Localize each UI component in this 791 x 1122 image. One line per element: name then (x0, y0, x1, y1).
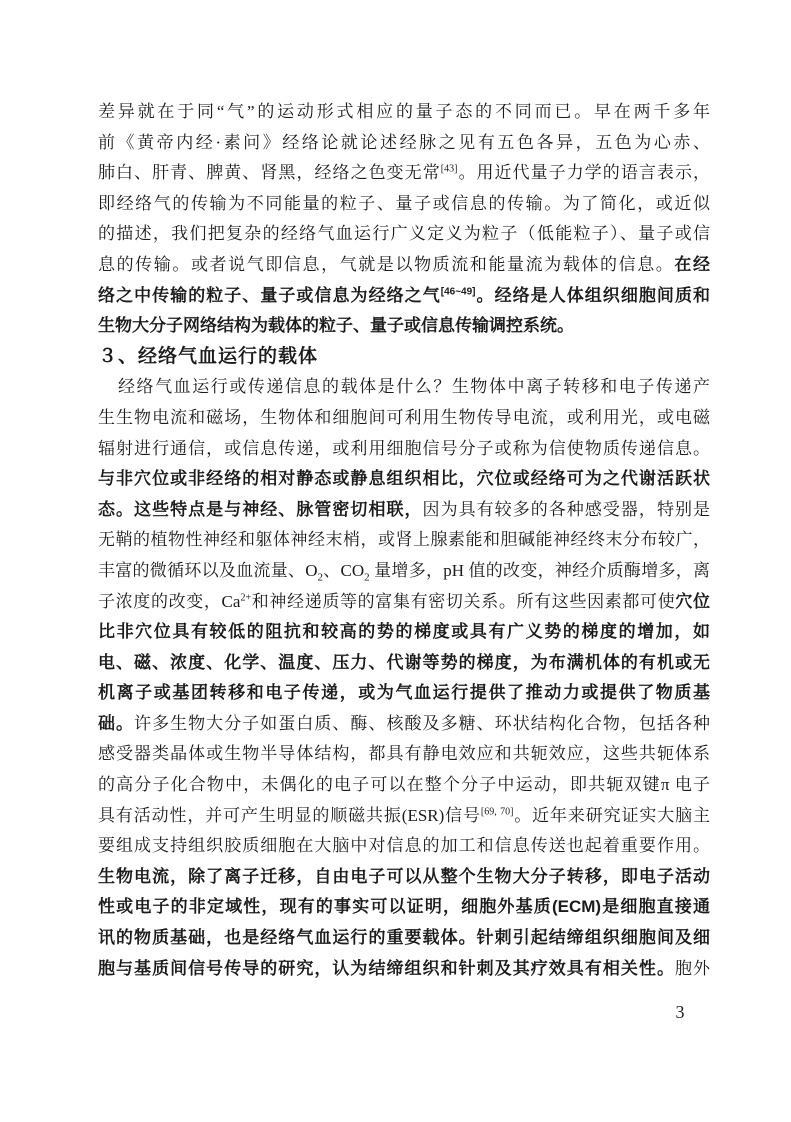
page-number: 3 (660, 1002, 700, 1023)
text-run: 性或电子的非定域性，现有的事实可以证明，细胞外基质(ECM)是细胞直接通 (98, 897, 710, 916)
text-line: 胞与基质间信号传导的研究，认为结缔组织和针刺及其疗效具有相关性。胞外 (98, 954, 710, 985)
text-line: 态。这些特点是与神经、脉管密切相联，因为具有较多的各种感受器，特别是 (98, 495, 710, 526)
text-line: 具有活动性，并可产生明显的顺磁共振(ESR)信号[69, 70]。近年来研究证实… (98, 801, 710, 832)
text-run: 要组成支持组织胶质细胞在大脑中对信息的加工和信息传送也起着重要作用。 (98, 836, 710, 855)
text-run: 肺白、肝青、脾黄、肾黑，经络之色变无常 (98, 163, 441, 182)
text-run: 生物电流，除了离子迁移，自由电子可以从整个生物大分子转移，即电子活动 (98, 867, 710, 886)
text-run: 础。 (98, 714, 134, 733)
text-run: 络之中传输的粒子、量子或信息为经络之气 (98, 286, 441, 305)
text-run: 辐射进行通信，或信息传递，或利用细胞信号分子或称为信使物质传递信息。 (98, 439, 710, 458)
text-line: 经络气血运行或传递信息的载体是什么？生物体中离子转移和电子传递产 (98, 372, 710, 403)
text-line: 前《黄帝内经·素问》经络论就论述经脉之见有五色各异，五色为心赤、 (98, 128, 710, 159)
text-run: 无鞘的植物性神经和躯体神经末梢，或肾上腺素能和胆碱能神经终末分布较广， (98, 530, 710, 549)
text-run: 因为具有较多的各种感受器，特别是 (423, 500, 710, 519)
text-run: 。近年来研究证实大脑主 (513, 806, 710, 825)
citation-superscript: [69, 70] (481, 806, 514, 817)
text-line: 辐射进行通信，或信息传递，或利用细胞信号分子或称为信使物质传递信息。 (98, 434, 710, 465)
text-run: 差异就在于同“气”的运动形式相应的量子态的不同而已。早在两千多年 (98, 102, 710, 121)
text-line: 络之中传输的粒子、量子或信息为经络之气[46~49]。经络是人体组织细胞间质和 (98, 281, 710, 312)
text-run: 子浓度的改变，Ca (98, 592, 240, 611)
text-line: 础。许多生物大分子如蛋白质、酶、核酸及多糖、环状结构化合物，包括各种 (98, 709, 710, 740)
text-line: 讯的物质基础，也是经络气血运行的重要载体。针刺引起结缔组织细胞间及细 (98, 923, 710, 954)
text-run: 的描述，我们把复杂的经络气血运行广义定义为粒子（低能粒子）、量子或信 (98, 224, 710, 243)
text-run: 。经络是人体组织细胞间质和 (476, 286, 711, 305)
text-run: 态。这些特点是与神经、脉管密切相联， (98, 500, 423, 519)
text-line: 感受器类晶体或生物半导体结构，都具有静电效应和共轭效应，这些共轭体系 (98, 739, 710, 770)
text-run: 感受器类晶体或生物半导体结构，都具有静电效应和共轭效应，这些共轭体系 (98, 744, 710, 763)
text-run: 的高分子化合物中，未偶化的电子可以在整个分子中运动，即共轭双键π 电子 (98, 775, 710, 794)
text-run: 胞与基质间信号传导的研究，认为结缔组织和针刺及其疗效具有相关性。 (98, 959, 675, 978)
text-line: 的高分子化合物中，未偶化的电子可以在整个分子中运动，即共轭双键π 电子 (98, 770, 710, 801)
text-line: 生物电流，除了离子迁移，自由电子可以从整个生物大分子转移，即电子活动 (98, 862, 710, 893)
text-run: 讯的物质基础，也是经络气血运行的重要载体。针刺引起结缔组织细胞间及细 (98, 928, 710, 947)
text-line: 性或电子的非定域性，现有的事实可以证明，细胞外基质(ECM)是细胞直接通 (98, 892, 710, 923)
text-run: ３、经络气血运行的载体 (98, 346, 318, 367)
text-body: 差异就在于同“气”的运动形式相应的量子态的不同而已。早在两千多年前《黄帝内经·素… (98, 97, 710, 984)
text-line: 与非穴位或非经络的相对静态或静息组织相比，穴位或经络可为之代谢活跃状 (98, 464, 710, 495)
text-line: 机离子或基团转移和电子传递，或为气血运行提供了推动力或提供了物质基 (98, 678, 710, 709)
text-line: 比非穴位具有较低的阻抗和较高的势的梯度或具有广义势的梯度的增加，如 (98, 617, 710, 648)
text-run: 生生物电流和磁场，生物体和细胞间可利用生物传导电流，或利用光，或电磁 (98, 408, 710, 427)
text-run: 和神经递质等的富集有密切关系。所有这些因素都可使 (251, 592, 675, 611)
text-line: 肺白、肝青、脾黄、肾黑，经络之色变无常[43]。用近代量子力学的语言表示， (98, 158, 710, 189)
citation-superscript: [46~49] (441, 286, 476, 297)
citation-superscript: 2+ (240, 592, 251, 603)
text-line: 即经络气的传输为不同能量的粒子、量子或信息的传输。为了简化，或近似 (98, 189, 710, 220)
text-line: 丰富的微循环以及血流量、O2、CO2 量增多，pH 值的改变，神经介质酶增多，离 (98, 556, 710, 587)
text-line: 的描述，我们把复杂的经络气血运行广义定义为粒子（低能粒子）、量子或信 (98, 219, 710, 250)
text-line: 要组成支持组织胶质细胞在大脑中对信息的加工和信息传送也起着重要作用。 (98, 831, 710, 862)
text-run: 经络气血运行或传递信息的载体是什么？生物体中离子转移和电子传递产 (118, 377, 710, 396)
text-run: 电、磁、浓度、化学、温度、压力、代谢等势的梯度，为布满机体的有机或无 (98, 653, 710, 672)
text-run: 、CO (323, 561, 364, 580)
text-run: 前《黄帝内经·素问》经络论就论述经脉之见有五色各异，五色为心赤、 (98, 133, 710, 152)
text-line: 息的传输。或者说气即信息，气就是以物质流和能量流为载体的信息。在经 (98, 250, 710, 281)
citation-superscript: [43] (441, 164, 458, 175)
text-run: 在经 (674, 255, 710, 274)
text-line: 生生物电流和磁场，生物体和细胞间可利用生物传导电流，或利用光，或电磁 (98, 403, 710, 434)
document-page: { "page": { "number": "3", "background_c… (0, 0, 791, 1122)
text-line: 电、磁、浓度、化学、温度、压力、代谢等势的梯度，为布满机体的有机或无 (98, 648, 710, 679)
text-run: 比非穴位具有较低的阻抗和较高的势的梯度或具有广义势的梯度的增加，如 (98, 622, 710, 641)
text-line: 差异就在于同“气”的运动形式相应的量子态的不同而已。早在两千多年 (98, 97, 710, 128)
text-run: 生物大分子网络结构为载体的粒子、量子或信息传输调控系统。 (98, 316, 574, 335)
text-run: 丰富的微循环以及血流量、O (98, 561, 317, 580)
section-heading: ３、经络气血运行的载体 (98, 342, 710, 373)
text-run: 量增多，pH 值的改变，神经介质酶增多，离 (370, 561, 710, 580)
text-run: 即经络气的传输为不同能量的粒子、量子或信息的传输。为了简化，或近似 (98, 194, 710, 213)
text-line: 无鞘的植物性神经和躯体神经末梢，或肾上腺素能和胆碱能神经终末分布较广， (98, 525, 710, 556)
text-line: 生物大分子网络结构为载体的粒子、量子或信息传输调控系统。 (98, 311, 710, 342)
text-run: 机离子或基团转移和电子传递，或为气血运行提供了推动力或提供了物质基 (98, 683, 710, 702)
text-run: 与非穴位或非经络的相对静态或静息组织相比，穴位或经络可为之代谢活跃状 (98, 469, 710, 488)
text-run: 许多生物大分子如蛋白质、酶、核酸及多糖、环状结构化合物，包括各种 (134, 714, 710, 733)
text-line: 子浓度的改变，Ca2+和神经递质等的富集有密切关系。所有这些因素都可使穴位 (98, 587, 710, 618)
text-run: 穴位 (675, 592, 710, 611)
text-run: 息的传输。或者说气即信息，气就是以物质流和能量流为载体的信息。 (98, 255, 674, 274)
text-run: 胞外 (675, 959, 710, 978)
text-run: 。用近代量子力学的语言表示， (457, 163, 710, 182)
text-run: 具有活动性，并可产生明显的顺磁共振(ESR)信号 (98, 806, 481, 825)
